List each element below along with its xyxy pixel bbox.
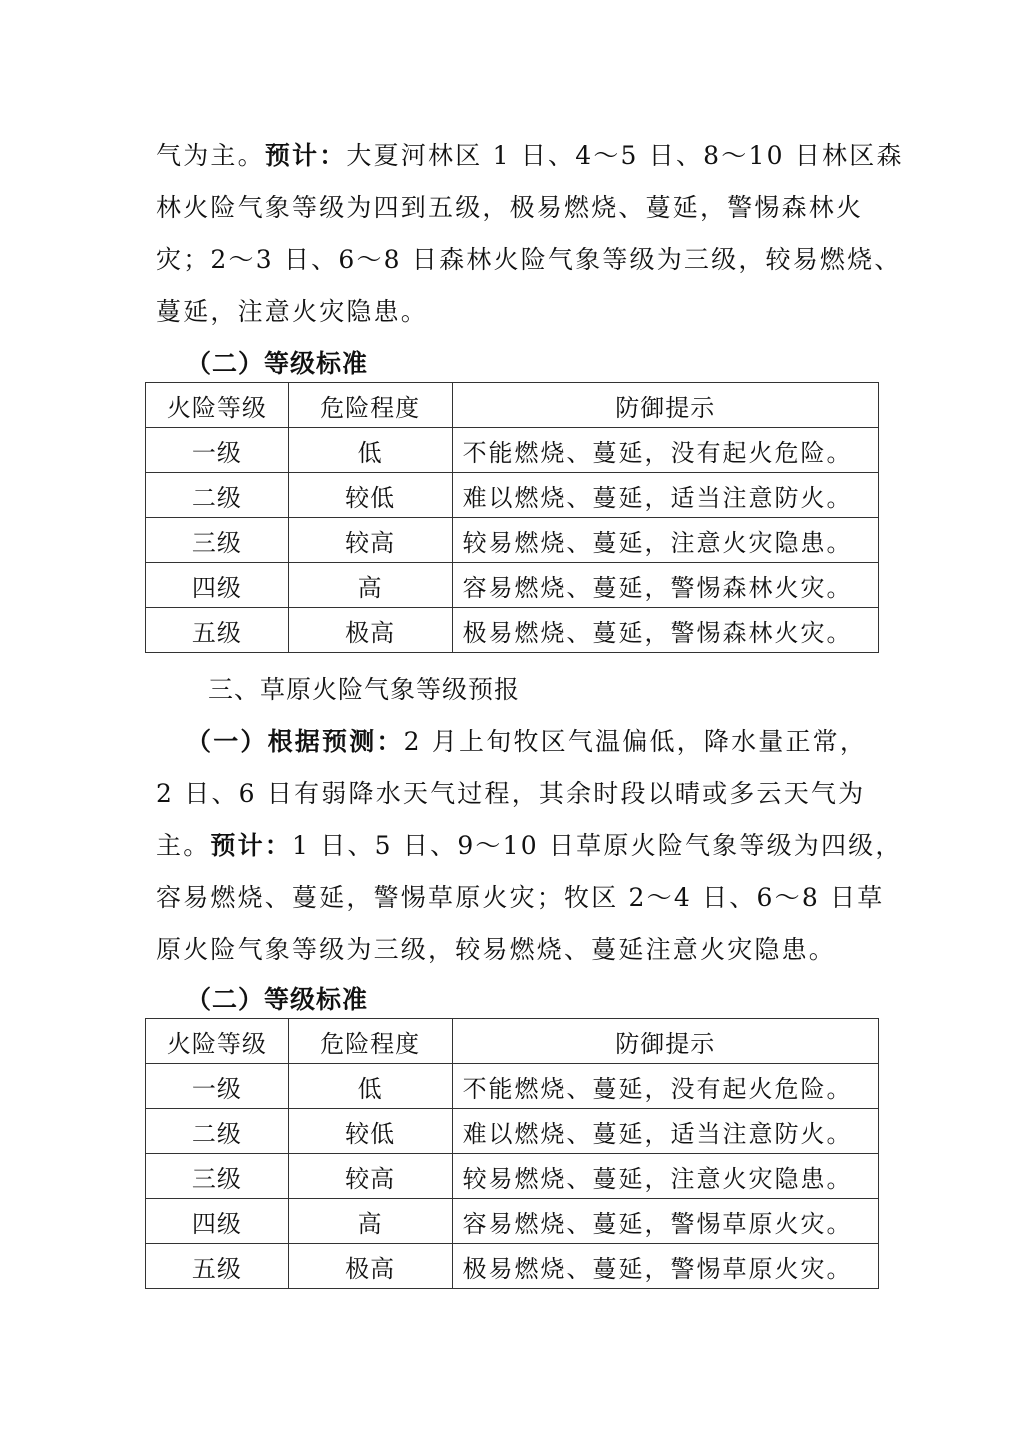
- grassland-grade-standard-heading: （二）等级标准: [186, 980, 368, 1016]
- bold-label: 预计：: [210, 831, 292, 860]
- cell-tip: 较易燃烧、蔓延，注意火灾隐患。: [452, 1154, 878, 1199]
- text-line: 林火险气象等级为四到五级，极易燃烧、蔓延，警惕森林火: [156, 182, 872, 234]
- header-danger: 危险程度: [288, 1019, 452, 1064]
- forest-grade-standard-heading: （二）等级标准: [186, 344, 368, 380]
- text-line: （一）根据预测：2 月上旬牧区气温偏低，降水量正常，: [156, 716, 872, 768]
- forest-forecast-paragraph: 气为主。预计：大夏河林区 1 日、4～5 日、8～10 日林区森 林火险气象等级…: [156, 130, 872, 338]
- forest-grade-table: 火险等级 危险程度 防御提示 一级低不能燃烧、蔓延，没有起火危险。 二级较低难以…: [145, 382, 879, 653]
- table-row: 五级极高极易燃烧、蔓延，警惕森林火灾。: [146, 608, 879, 653]
- grassland-forecast-paragraph: （一）根据预测：2 月上旬牧区气温偏低，降水量正常， 2 日、6 日有弱降水天气…: [156, 716, 872, 976]
- text-line: 2 日、6 日有弱降水天气过程，其余时段以晴或多云天气为: [156, 768, 872, 820]
- cell-tip: 不能燃烧、蔓延，没有起火危险。: [452, 1064, 878, 1109]
- table-row: 一级低不能燃烧、蔓延，没有起火危险。: [146, 428, 879, 473]
- cell-grade: 一级: [146, 428, 289, 473]
- text: 1 日、5 日、9～10 日草原火险气象等级为四级，: [292, 831, 903, 860]
- text: 2 月上旬牧区气温偏低，降水量正常，: [404, 727, 867, 756]
- cell-danger: 极高: [288, 608, 452, 653]
- cell-tip: 极易燃烧、蔓延，警惕草原火灾。: [452, 1244, 878, 1289]
- header-tips: 防御提示: [452, 383, 878, 428]
- cell-danger: 较高: [288, 518, 452, 563]
- cell-grade: 二级: [146, 1109, 289, 1154]
- header-grade: 火险等级: [146, 383, 289, 428]
- text-line: 蔓延，注意火灾隐患。: [156, 286, 872, 338]
- table-row: 四级高容易燃烧、蔓延，警惕草原火灾。: [146, 1199, 879, 1244]
- cell-grade: 三级: [146, 518, 289, 563]
- text-line: 主。预计：1 日、5 日、9～10 日草原火险气象等级为四级，: [156, 820, 872, 872]
- text: 主。: [156, 831, 210, 860]
- cell-grade: 三级: [146, 1154, 289, 1199]
- text: 蔓延，注意火灾隐患。: [156, 297, 428, 326]
- cell-tip: 难以燃烧、蔓延，适当注意防火。: [452, 1109, 878, 1154]
- text: 大夏河林区 1 日、4～5 日、8～10 日林区森: [346, 141, 903, 170]
- text: 灾；2～3 日、6～8 日森林火险气象等级为三级，较易燃烧、: [156, 245, 902, 274]
- table-row: 三级较高较易燃烧、蔓延，注意火灾隐患。: [146, 1154, 879, 1199]
- table-row: 三级较高较易燃烧、蔓延，注意火灾隐患。: [146, 518, 879, 563]
- text-line: 气为主。预计：大夏河林区 1 日、4～5 日、8～10 日林区森: [156, 130, 872, 182]
- grassland-section-heading: 三、草原火险气象等级预报: [208, 670, 520, 706]
- header-grade: 火险等级: [146, 1019, 289, 1064]
- text: 容易燃烧、蔓延，警惕草原火灾；牧区 2～4 日、6～8 日草: [156, 883, 884, 912]
- table-row: 四级高容易燃烧、蔓延，警惕森林火灾。: [146, 563, 879, 608]
- cell-tip: 容易燃烧、蔓延，警惕草原火灾。: [452, 1199, 878, 1244]
- table-row: 一级低不能燃烧、蔓延，没有起火危险。: [146, 1064, 879, 1109]
- cell-grade: 五级: [146, 1244, 289, 1289]
- cell-grade: 五级: [146, 608, 289, 653]
- cell-danger: 极高: [288, 1244, 452, 1289]
- cell-danger: 较低: [288, 1109, 452, 1154]
- text-line: 灾；2～3 日、6～8 日森林火险气象等级为三级，较易燃烧、: [156, 234, 872, 286]
- cell-danger: 较高: [288, 1154, 452, 1199]
- text: 原火险气象等级为三级，较易燃烧、蔓延注意火灾隐患。: [156, 935, 836, 964]
- bold-label: 预计：: [265, 141, 347, 170]
- bold-label: （一）根据预测：: [186, 727, 404, 756]
- cell-grade: 四级: [146, 1199, 289, 1244]
- cell-tip: 不能燃烧、蔓延，没有起火危险。: [452, 428, 878, 473]
- cell-danger: 低: [288, 1064, 452, 1109]
- cell-tip: 难以燃烧、蔓延，适当注意防火。: [452, 473, 878, 518]
- text-line: 原火险气象等级为三级，较易燃烧、蔓延注意火灾隐患。: [156, 924, 872, 976]
- cell-tip: 极易燃烧、蔓延，警惕森林火灾。: [452, 608, 878, 653]
- header-tips: 防御提示: [452, 1019, 878, 1064]
- cell-tip: 容易燃烧、蔓延，警惕森林火灾。: [452, 563, 878, 608]
- cell-danger: 低: [288, 428, 452, 473]
- grassland-grade-table: 火险等级 危险程度 防御提示 一级低不能燃烧、蔓延，没有起火危险。 二级较低难以…: [145, 1018, 879, 1289]
- cell-grade: 一级: [146, 1064, 289, 1109]
- cell-danger: 高: [288, 1199, 452, 1244]
- table-row: 二级较低难以燃烧、蔓延，适当注意防火。: [146, 473, 879, 518]
- cell-danger: 较低: [288, 473, 452, 518]
- table-header-row: 火险等级 危险程度 防御提示: [146, 383, 879, 428]
- table-header-row: 火险等级 危险程度 防御提示: [146, 1019, 879, 1064]
- cell-tip: 较易燃烧、蔓延，注意火灾隐患。: [452, 518, 878, 563]
- table-row: 二级较低难以燃烧、蔓延，适当注意防火。: [146, 1109, 879, 1154]
- text: 2 日、6 日有弱降水天气过程，其余时段以晴或多云天气为: [156, 779, 865, 808]
- table-row: 五级极高极易燃烧、蔓延，警惕草原火灾。: [146, 1244, 879, 1289]
- text-line: 容易燃烧、蔓延，警惕草原火灾；牧区 2～4 日、6～8 日草: [156, 872, 872, 924]
- cell-danger: 高: [288, 563, 452, 608]
- text: 气为主。: [156, 141, 265, 170]
- header-danger: 危险程度: [288, 383, 452, 428]
- cell-grade: 四级: [146, 563, 289, 608]
- text: 林火险气象等级为四到五级，极易燃烧、蔓延，警惕森林火: [156, 193, 863, 222]
- cell-grade: 二级: [146, 473, 289, 518]
